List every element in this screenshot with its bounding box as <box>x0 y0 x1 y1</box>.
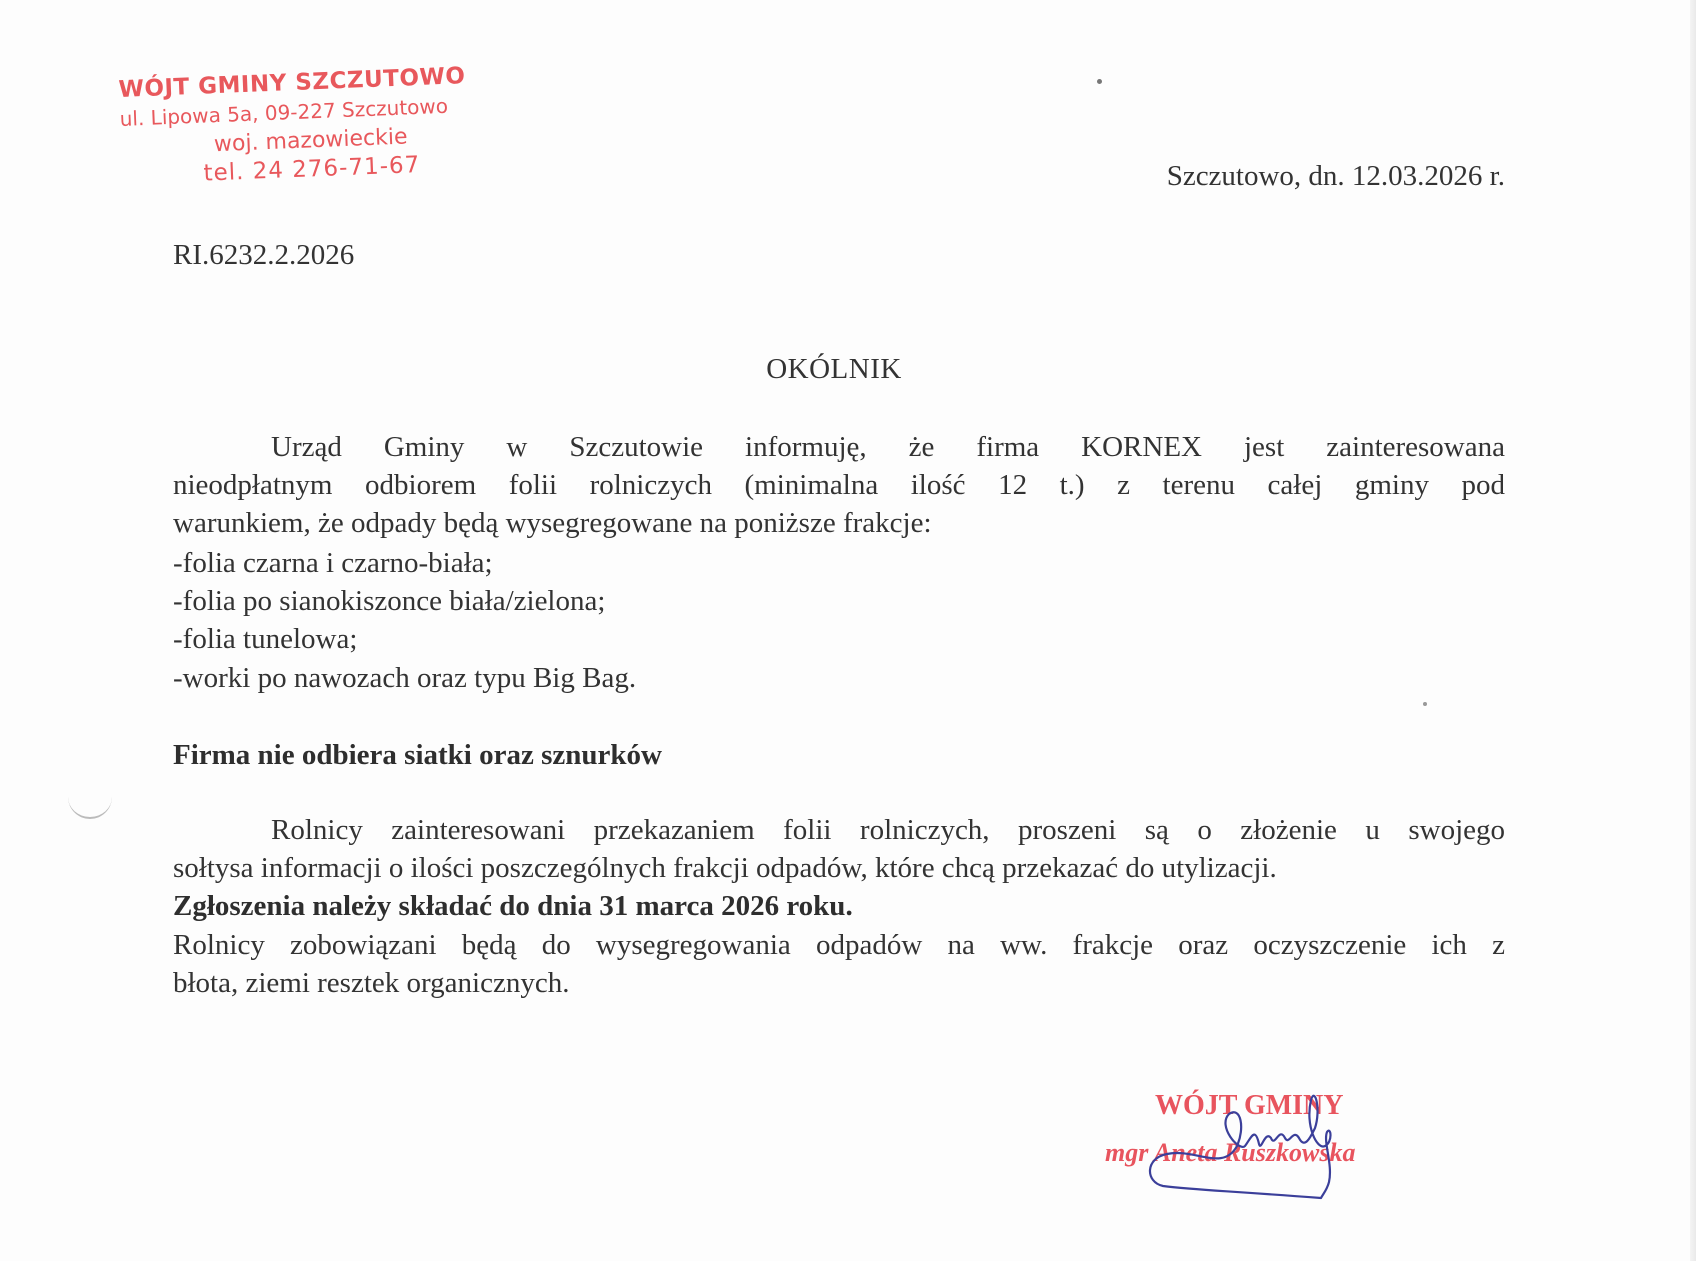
scanned-letter-page: WÓJT GMINY SZCZUTOWO ul. Lipowa 5a, 09-2… <box>0 0 1696 1261</box>
scan-mark <box>68 797 112 819</box>
paragraph-line: Rolnicy zobowiązani będą do wysegregowan… <box>173 926 1505 964</box>
scan-edge <box>1690 0 1696 1261</box>
fractions-list: -folia czarna i czarno-biała; -folia po … <box>173 544 1505 697</box>
paragraph-instructions: Rolnicy zainteresowani przekazaniem foli… <box>173 811 1505 1002</box>
list-item: -folia czarna i czarno-biała; <box>173 544 1505 582</box>
paragraph-line: Urząd Gminy w Szczutowie informuję, że f… <box>173 428 1505 466</box>
paragraph-line: warunkiem, że odpady będą wysegregowane … <box>173 504 1505 542</box>
list-item: -folia tunelowa; <box>173 620 1505 658</box>
exclusion-notice: Firma nie odbiera siatki oraz sznurków <box>173 736 1505 774</box>
list-item: -worki po nawozach oraz typu Big Bag. <box>173 659 1505 697</box>
document-title: OKÓLNIK <box>0 353 1668 386</box>
deadline-notice: Zgłoszenia należy składać do dnia 31 mar… <box>173 887 1505 925</box>
paragraph-line: nieodpłatnym odbiorem folii rolniczych (… <box>173 466 1505 504</box>
handwritten-signature-icon <box>1105 1086 1405 1206</box>
list-item: -folia po sianokiszonce biała/zielona; <box>173 582 1505 620</box>
paragraph-line: błota, ziemi resztek organicznych. <box>173 964 1505 1002</box>
place-date: Szczutowo, dn. 12.03.2026 r. <box>1167 160 1505 193</box>
paragraph-announcement: Urząd Gminy w Szczutowie informuję, że f… <box>173 428 1505 543</box>
scan-speck <box>1097 79 1102 84</box>
reference-number: RI.6232.2.2026 <box>173 239 354 272</box>
office-stamp: WÓJT GMINY SZCZUTOWO ul. Lipowa 5a, 09-2… <box>118 61 502 192</box>
paragraph-line: sołtysa informacji o ilości poszczególny… <box>173 849 1505 887</box>
signature-block: WÓJT GMINY mgr Aneta Ruszkowska <box>1105 1086 1405 1206</box>
scan-speck <box>1423 702 1427 706</box>
paragraph-line: Rolnicy zainteresowani przekazaniem foli… <box>173 811 1505 849</box>
